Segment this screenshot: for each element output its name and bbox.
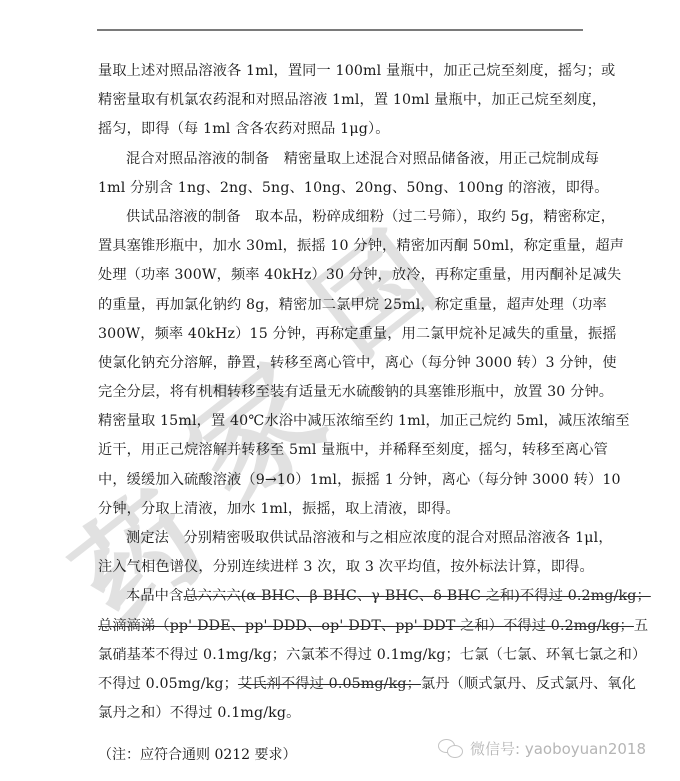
text-segment: 精密量取有机氯农药混和对照品溶液 1ml，置 10ml 量瓶中，加正己烷至刻度， [98,92,606,108]
text-line: 氯丹之和）不得过 0.1mg/kg。 [98,699,586,728]
wechat-badge: 微信号: yaoboyuan2018 [438,738,646,759]
text-line: 摇匀，即得（每 1ml 含各农药对照品 1μg）。 [98,115,586,144]
text-segment: 氯丹之和）不得过 0.1mg/kg。 [98,705,300,721]
text-line: 1ml 分别含 1ng、2ng、5ng、10ng、20ng、50ng、100ng… [98,174,586,203]
footnote: （注：应符合通则 0212 要求） [98,745,297,765]
text-line: 精密量取有机氯农药混和对照品溶液 1ml，置 10ml 量瓶中，加正己烷至刻度， [98,86,586,115]
text-segment: 不得过 0.05mg/kg； [98,676,238,692]
text-line: 分钟，分取上清液，加水 1ml，振摇，取上清液，即得。 [98,495,586,524]
struck-text: 艾氏剂不得过 0.05mg/kg； [238,676,421,692]
text-segment: 300W，频率 40kHz）15 分钟，再称定重量，用二氯甲烷补足减失的重量，振… [98,326,617,342]
text-segment: 使氯化钠充分溶解，静置，转移至离心管中，离心（每分钟 3000 转）3 分钟，使 [98,355,617,371]
text-line: 量取上述对照品溶液各 1ml，置同一 100ml 量瓶中，加正己烷至刻度，摇匀；… [98,57,586,86]
text-line: 精密量取 15ml，置 40℃水浴中减压浓缩至约 1ml，加正己烷约 5ml，减… [98,407,586,436]
text-segment: 氯硝基苯不得过 0.1mg/kg；六氯苯不得过 0.1mg/kg；七氯（七氯、环… [98,647,646,663]
struck-text: 总滴滴涕（pp'-DDE、pp'-DDD、op'-DDT、pp'-DDT 之和）… [98,618,634,634]
text-line: 近干，用正己烷溶解并转移至 5ml 量瓶中，并稀释至刻度，摇匀，转移至离心管 [98,436,586,465]
text-line: 处理（功率 300W，频率 40kHz）30 分钟，放冷，再称定重量，用丙酮补足… [98,261,586,290]
text-line: 完全分层，将有机相转移至装有适量无水硫酸钠的具塞锥形瓶中，放置 30 分钟。 [98,378,586,407]
text-segment: 完全分层，将有机相转移至装有适量无水硫酸钠的具塞锥形瓶中，放置 30 分钟。 [98,384,613,400]
text-segment: 分钟，分取上清液，加水 1ml，振摇，取上清液，即得。 [98,501,460,517]
text-segment: 混合对照品溶液的制备 精密量取上述混合对照品储备液，用正己烷制成每 [126,151,599,167]
text-line: 总滴滴涕（pp'-DDE、pp'-DDD、op'-DDT、pp'-DDT 之和）… [98,612,586,641]
wechat-icon [438,739,464,759]
text-segment: 注入气相色谱仪，分别连续进样 3 次，取 3 次平均值，按外标法计算，即得。 [98,559,594,575]
text-segment: 1ml 分别含 1ng、2ng、5ng、10ng、20ng、50ng、100ng… [98,180,609,196]
text-segment: 处理（功率 300W，频率 40kHz）30 分钟，放冷，再称定重量，用丙酮补足… [98,267,621,283]
struck-text: 总六六六(α-BHC、β-BHC、γ-BHC、δ-BHC 之和)不得过 0.2m… [183,588,650,604]
text-segment: 本品中含 [126,588,183,604]
text-segment: 精密量取 15ml，置 40℃水浴中减压浓缩至约 1ml，加正己烷约 5ml，减… [98,413,630,429]
text-segment: 近干，用正己烷溶解并转移至 5ml 量瓶中，并稀释至刻度，摇匀，转移至离心管 [98,442,608,458]
text-line: 测定法 分别精密吸取供试品溶液和与之相应浓度的混合对照品溶液各 1μl， [98,524,586,553]
document-body: 量取上述对照品溶液各 1ml，置同一 100ml 量瓶中，加正己烷至刻度，摇匀；… [98,57,586,728]
text-segment: 的重量，再加氯化钠约 8g，精密加二氯甲烷 25ml，称定重量，超声处理（功率 [98,297,607,313]
text-line: 的重量，再加氯化钠约 8g，精密加二氯甲烷 25ml，称定重量，超声处理（功率 [98,291,586,320]
text-line: 供试品溶液的制备 取本品，粉碎成细粉（过二号筛），取约 5g，精密称定， [98,203,586,232]
text-segment: 摇匀，即得（每 1ml 含各农药对照品 1μg）。 [98,121,390,137]
text-line: 本品中含总六六六(α-BHC、β-BHC、γ-BHC、δ-BHC 之和)不得过 … [98,582,586,611]
text-segment: 测定法 分别精密吸取供试品溶液和与之相应浓度的混合对照品溶液各 1μl， [126,530,613,546]
text-line: 注入气相色谱仪，分别连续进样 3 次，取 3 次平均值，按外标法计算，即得。 [98,553,586,582]
text-segment: 五 [634,618,648,634]
header-rule [97,29,583,31]
text-segment: 置具塞锥形瓶中，加水 30ml，振摇 10 分钟，精密加丙酮 50ml，称定重量… [98,238,624,254]
text-segment: 氯丹（顺式氯丹、反式氯丹、氧化 [421,676,636,692]
text-line: 中，缓缓加入硫酸溶液（9→10）1ml，振摇 1 分钟，离心（每分钟 3000 … [98,466,586,495]
text-line: 置具塞锥形瓶中，加水 30ml，振摇 10 分钟，精密加丙酮 50ml，称定重量… [98,232,586,261]
text-segment: 中，缓缓加入硫酸溶液（9→10）1ml，振摇 1 分钟，离心（每分钟 3000 … [98,472,621,488]
text-segment: 供试品溶液的制备 取本品，粉碎成细粉（过二号筛），取约 5g，精密称定， [126,209,615,225]
text-segment: 量取上述对照品溶液各 1ml，置同一 100ml 量瓶中，加正己烷至刻度，摇匀；… [98,63,615,79]
text-line: 300W，频率 40kHz）15 分钟，再称定重量，用二氯甲烷补足减失的重量，振… [98,320,586,349]
text-line: 使氯化钠充分溶解，静置，转移至离心管中，离心（每分钟 3000 转）3 分钟，使 [98,349,586,378]
text-line: 不得过 0.05mg/kg；艾氏剂不得过 0.05mg/kg；氯丹（顺式氯丹、反… [98,670,586,699]
wechat-id-label: 微信号: yaoboyuan2018 [470,738,646,759]
text-line: 氯硝基苯不得过 0.1mg/kg；六氯苯不得过 0.1mg/kg；七氯（七氯、环… [98,641,586,670]
text-line: 混合对照品溶液的制备 精密量取上述混合对照品储备液，用正己烷制成每 [98,145,586,174]
